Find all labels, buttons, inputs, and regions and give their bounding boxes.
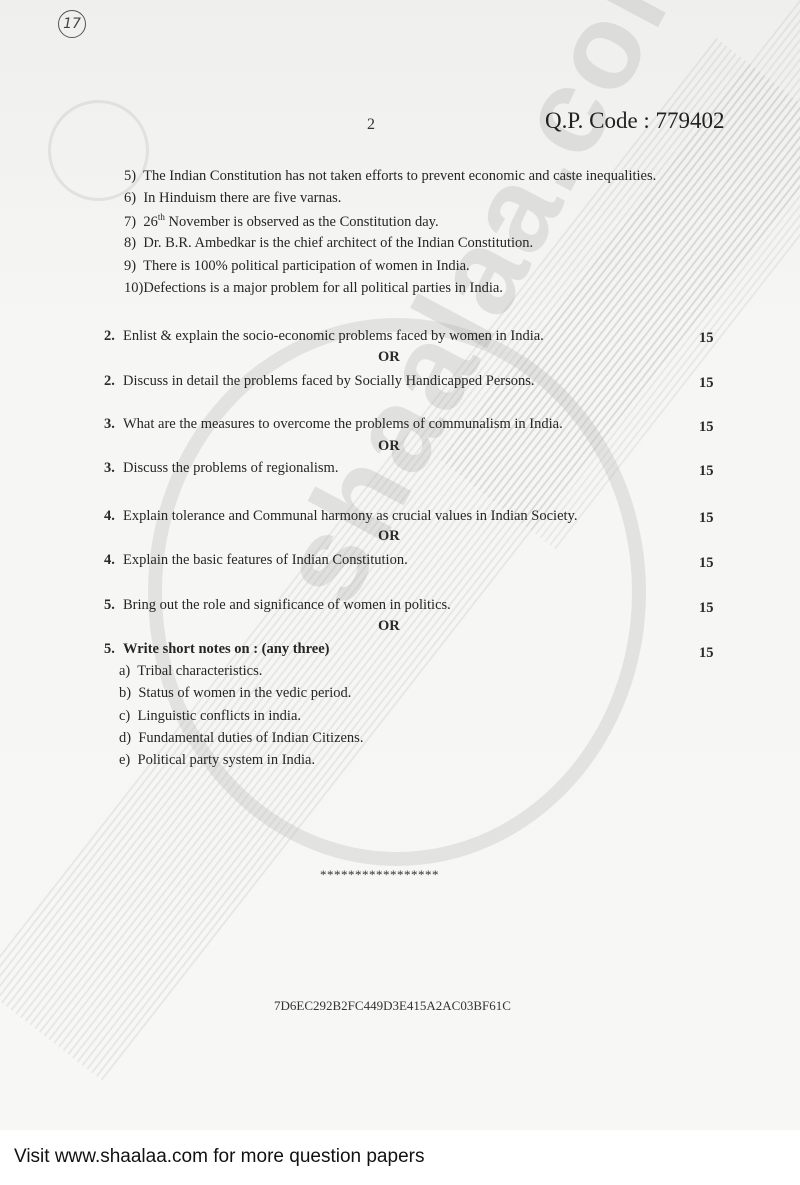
tf-item-10: 10)Defections is a major problem for all…: [124, 280, 503, 297]
college-stamp: [48, 100, 149, 201]
question-4b-text: Explain the basic features of Indian Con…: [123, 552, 408, 569]
short-note-item: e) Political party system in India.: [119, 752, 315, 769]
question-number: 5.: [104, 597, 115, 614]
page-number: 2: [367, 116, 375, 134]
or-label: OR: [378, 438, 400, 455]
tf-item-9: 9) There is 100% political participation…: [124, 258, 470, 275]
question-5b-text: Write short notes on : (any three): [123, 641, 329, 658]
or-label: OR: [378, 618, 400, 635]
handwritten-page-number: 17: [58, 10, 86, 38]
question-4a-text: Explain tolerance and Communal harmony a…: [123, 508, 577, 525]
question-number: 2.: [104, 328, 115, 345]
question-3a-text: What are the measures to overcome the pr…: [123, 416, 563, 433]
short-note-item: d) Fundamental duties of Indian Citizens…: [119, 730, 363, 747]
or-label: OR: [378, 349, 400, 366]
or-label: OR: [378, 528, 400, 545]
question-marks: 15: [699, 600, 714, 617]
question-number: 3.: [104, 416, 115, 433]
short-note-item: a) Tribal characteristics.: [119, 663, 262, 680]
question-marks: 15: [699, 555, 714, 572]
question-number: 2.: [104, 373, 115, 390]
end-of-paper-marker: *****************: [320, 867, 439, 883]
question-marks: 15: [699, 510, 714, 527]
tf-item-8: 8) Dr. B.R. Ambedkar is the chief archit…: [124, 235, 533, 252]
question-marks: 15: [699, 645, 714, 662]
scanned-page: shaalaa.com 17 2 Q.P. Code : 779402 5) T…: [0, 0, 800, 1130]
question-3b-text: Discuss the problems of regionalism.: [123, 460, 338, 477]
question-number: 4.: [104, 552, 115, 569]
short-note-item: c) Linguistic conflicts in india.: [119, 708, 301, 725]
footer-link-text[interactable]: Visit www.shaalaa.com for more question …: [14, 1146, 424, 1168]
question-2b-text: Discuss in detail the problems faced by …: [123, 373, 535, 390]
qp-code: Q.P. Code : 779402: [545, 108, 725, 134]
question-marks: 15: [699, 330, 714, 347]
question-marks: 15: [699, 419, 714, 436]
tf-item-6: 6) In Hinduism there are five varnas.: [124, 190, 341, 207]
question-number: 5.: [104, 641, 115, 658]
question-2a-text: Enlist & explain the socio-economic prob…: [123, 328, 544, 345]
question-marks: 15: [699, 463, 714, 480]
question-number: 4.: [104, 508, 115, 525]
tf-item-5: 5) The Indian Constitution has not taken…: [124, 168, 656, 185]
question-5a-text: Bring out the role and significance of w…: [123, 597, 451, 614]
document-hash-code: 7D6EC292B2FC449D3E415A2AC03BF61C: [274, 998, 511, 1014]
tf-item-7: 7) 26th November is observed as the Cons…: [124, 212, 439, 231]
question-marks: 15: [699, 375, 714, 392]
question-number: 3.: [104, 460, 115, 477]
short-note-item: b) Status of women in the vedic period.: [119, 685, 351, 702]
